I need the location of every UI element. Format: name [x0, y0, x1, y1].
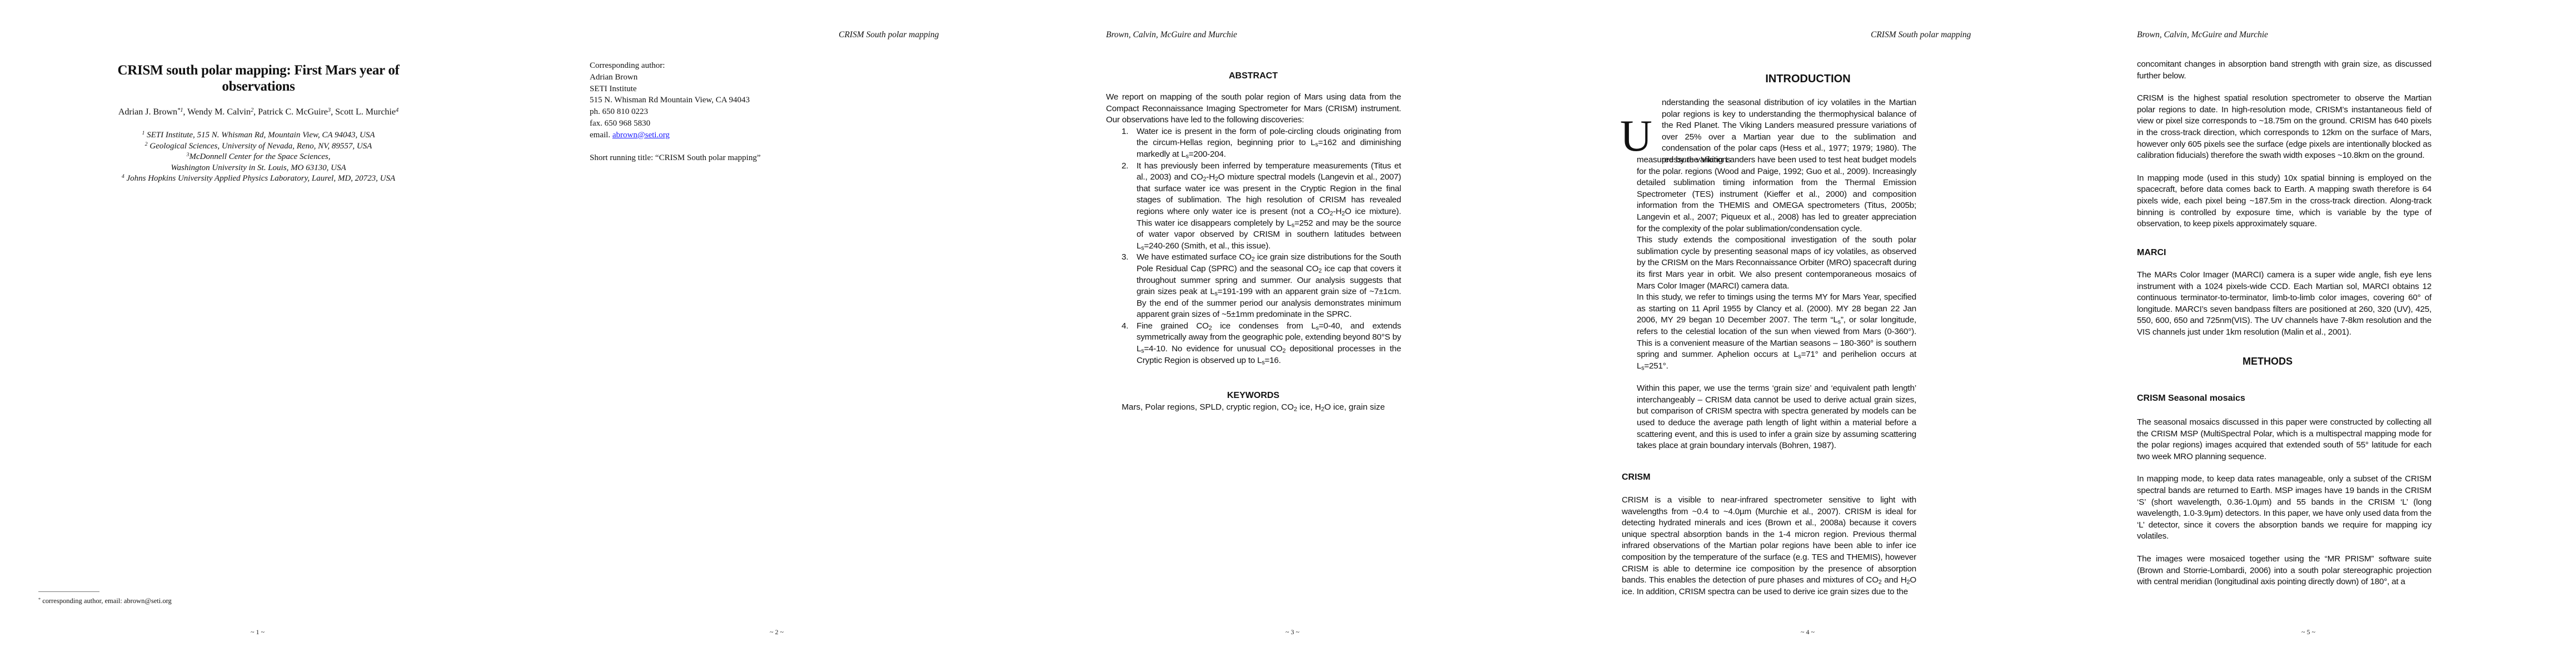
para-continued: concomitant changes in absorption band s… — [2137, 59, 2431, 82]
keywords: Mars, Polar regions, SPLD, cryptic regio… — [1106, 402, 1401, 412]
page-number: ~ 1 ~ — [251, 628, 265, 636]
para-resolution: CRISM is the highest spatial resolution … — [2137, 93, 2431, 162]
page-number: ~ 5 ~ — [2301, 628, 2315, 636]
author: Patrick C. McGuire3 — [258, 107, 331, 117]
discovery-text: We have estimated surface CO2 ice grain … — [1137, 252, 1401, 319]
contact-address: 515 N. Whisman Rd Mountain View, CA 9404… — [590, 94, 761, 106]
crism-heading: CRISM — [1622, 472, 1651, 482]
keywords-heading: KEYWORDS — [1106, 391, 1401, 401]
discovery-item: 2.It has previously been inferred by tem… — [1106, 161, 1401, 252]
page-2: CRISM South polar mapping Corresponding … — [515, 0, 1030, 667]
page-number: ~ 4 ~ — [1801, 628, 1815, 636]
affiliation-4: 4 Johns Hopkins University Applied Physi… — [33, 173, 484, 185]
page-3: Brown, Calvin, McGuire and Murchie ABSTR… — [1030, 0, 1546, 667]
short-running-title: Short running title: “CRISM South polar … — [590, 152, 761, 164]
discovery-item: 1.Water ice is present in the form of po… — [1106, 126, 1401, 161]
title-line-1: CRISM south polar mapping: First Mars ye… — [33, 62, 484, 78]
email-link[interactable]: abrown@seti.org — [612, 131, 670, 140]
page-5: Brown, Calvin, McGuire and Murchie conco… — [2061, 0, 2576, 667]
author-list: Adrian J. Brown*1, Wendy M. Calvin2, Pat… — [33, 107, 484, 117]
running-header: CRISM South polar mapping — [839, 30, 939, 40]
discovery-item: 3.We have estimated surface CO2 ice grai… — [1106, 252, 1401, 321]
contact-phone: ph. 650 810 0223 — [590, 106, 761, 118]
author: Scott L. Murchie4 — [335, 107, 398, 117]
email-label: email. — [590, 131, 612, 140]
paper-title: CRISM south polar mapping: First Mars ye… — [33, 62, 484, 94]
marci-heading: MARCI — [2137, 248, 2166, 258]
para-mapping: In mapping mode (used in this study) 10x… — [2137, 173, 2431, 230]
affiliation-3-cont: Washington University in St. Louis, MO 6… — [33, 163, 484, 174]
running-header: Brown, Calvin, McGuire and Murchie — [1106, 30, 1237, 40]
intro-para-3: In this study, we refer to timings using… — [1637, 292, 1916, 372]
contact-line: Corresponding author: — [590, 60, 761, 72]
contact-institution: SETI Institute — [590, 83, 761, 95]
intro-para-1-rest: measured by the Viking Landers have been… — [1637, 155, 1916, 235]
affiliations: 1 SETI Institute, 515 N. Whisman Rd, Mou… — [33, 130, 484, 185]
para-marci: The MARs Color Imager (MARCI) camera is … — [2137, 270, 2431, 339]
methods-heading: METHODS — [2137, 356, 2398, 367]
contact-fax: fax. 650 968 5830 — [590, 118, 761, 130]
footnote-divider — [38, 591, 99, 592]
introduction-heading: INTRODUCTION — [1622, 73, 1994, 86]
mosaics-heading: CRISM Seasonal mosaics — [2137, 394, 2245, 404]
running-header: CRISM South polar mapping — [1871, 30, 1971, 40]
discovery-text: Water ice is present in the form of pole… — [1137, 127, 1401, 159]
para-bands: In mapping mode, to keep data rates mana… — [2137, 474, 2431, 542]
page5-body: concomitant changes in absorption band s… — [2137, 59, 2431, 230]
running-header: Brown, Calvin, McGuire and Murchie — [2137, 30, 2268, 40]
abstract-intro: We report on mapping of the south polar … — [1106, 92, 1401, 126]
intro-body: measured by the Viking Landers have been… — [1637, 155, 1916, 452]
para-mosaics: The seasonal mosaics discussed in this p… — [2137, 417, 2431, 462]
affiliation-3: 3McDonnell Center for the Space Sciences… — [33, 152, 484, 163]
abstract-heading: ABSTRACT — [1106, 71, 1401, 81]
drop-cap: U — [1620, 118, 1652, 154]
abstract-body: We report on mapping of the south polar … — [1106, 92, 1401, 366]
discovery-text: It has previously been inferred by tempe… — [1137, 161, 1401, 251]
para-prism: The images were mosaiced together using … — [2137, 554, 2431, 588]
page5-methods-body: The seasonal mosaics discussed in this p… — [2137, 417, 2431, 588]
author: Wendy M. Calvin2 — [187, 107, 253, 117]
footnote: * corresponding author, email: abrown@se… — [38, 597, 172, 605]
intro-para-2: This study extends the compositional inv… — [1637, 235, 1916, 292]
discoveries-list: 1.Water ice is present in the form of po… — [1106, 126, 1401, 366]
affiliation-2: 2 Geological Sciences, University of Nev… — [33, 141, 484, 152]
page-4: CRISM South polar mapping INTRODUCTION U… — [1546, 0, 2061, 667]
contact-email-row: email. abrown@seti.org — [590, 130, 761, 141]
contact-name: Adrian Brown — [590, 72, 761, 83]
page-number: ~ 2 ~ — [770, 628, 784, 636]
discovery-text: Fine grained CO2 ice condenses from Ls=0… — [1137, 321, 1401, 365]
page-1: CRISM south polar mapping: First Mars ye… — [0, 0, 515, 667]
intro-para-4: Within this paper, we use the terms ‘gra… — [1637, 383, 1916, 452]
discovery-item: 4.Fine grained CO2 ice condenses from Ls… — [1106, 321, 1401, 366]
author: Adrian J. Brown*1 — [118, 107, 183, 117]
title-line-2: observations — [33, 78, 484, 94]
page-number: ~ 3 ~ — [1285, 628, 1299, 636]
crism-para: CRISM is a visible to near-infrared spec… — [1622, 495, 1916, 598]
affiliation-1: 1 SETI Institute, 515 N. Whisman Rd, Mou… — [33, 130, 484, 141]
contact-block: Corresponding author: Adrian Brown SETI … — [590, 60, 761, 164]
